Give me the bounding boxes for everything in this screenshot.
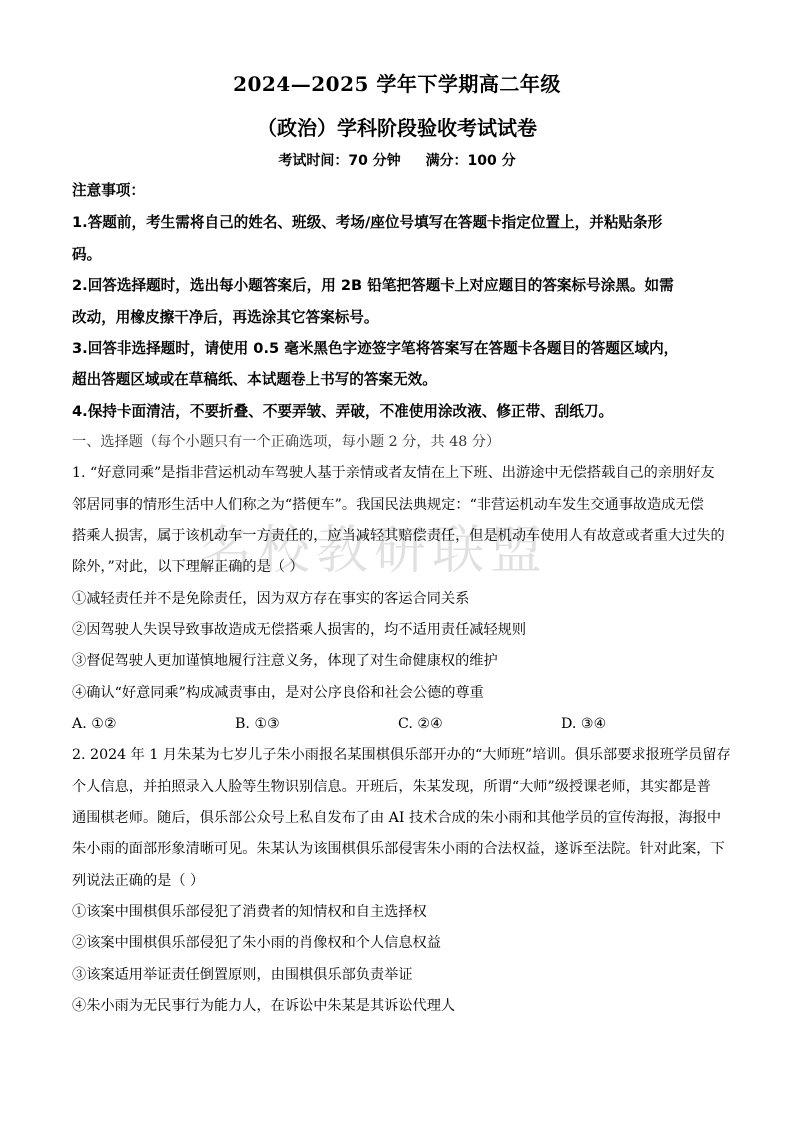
question-1-statement: ①减轻责任并不是免除责任，因为双方存在事实的客运合同关系 [72, 589, 732, 609]
exam-meta: 考试时间：70 分钟 满分：100 分 [0, 150, 794, 170]
question-2-stem: 通围棋老师。随后，俱乐部公众号上私自发布了由 AI 技术合成的朱小雨和其他学员的… [72, 808, 732, 828]
question-1-stem: 邻居同事的情形生活中人们称之为“搭便车”。我国民法典规定：“非营运机动车发生交通… [72, 495, 732, 515]
option-b: B. ①③ [235, 714, 398, 734]
question-1-stem: 1. “好意同乘”是指非营运机动车驾驶人基于亲情或者友情在上下班、出游途中无偿搭… [72, 463, 732, 483]
notice-line: 3.回答非选择题时，请使用 0.5 毫米黑色字迹签字笔将答案写在答题卡各题目的答… [72, 339, 732, 359]
question-2-stem: 列说法正确的是（ ） [72, 871, 732, 891]
notice-line: 码。 [72, 245, 732, 265]
notice-line: 改动，用橡皮擦干净后，再选涂其它答案标号。 [72, 308, 732, 328]
question-2-statement: ④朱小雨为无民事行为能力人，在诉讼中朱某是其诉讼代理人 [72, 996, 732, 1016]
question-1-statement: ③督促驾驶人更加谨慎地履行注意义务，体现了对生命健康权的维护 [72, 651, 732, 671]
question-2-stem: 朱小雨的面部形象清晰可见。朱某认为该围棋俱乐部侵害朱小雨的合法权益，遂诉至法院。… [72, 839, 732, 859]
option-a: A. ①② [72, 714, 235, 734]
notice-line: 4.保持卡面清洁，不要折叠、不要弄皱、弄破，不准使用涂改液、修正带、刮纸刀。 [72, 402, 732, 422]
exam-time: 考试时间：70 分钟 [278, 153, 400, 169]
question-2-stem: 2. 2024 年 1 月朱某为七岁儿子朱小雨报名某围棋俱乐部开办的“大师班”培… [72, 745, 732, 765]
exam-title-year: 2024—2025 学年下学期高二年级 [0, 68, 794, 97]
exam-title-subject: （政治）学科阶段验收考试试卷 [0, 112, 794, 141]
question-2-statement: ③该案适用举证责任倒置原则，由围棋俱乐部负责举证 [72, 965, 732, 985]
notice-line: 1.答题前，考生需将自己的姓名、班级、考场/座位号填写在答题卡指定位置上，并粘贴… [72, 213, 732, 233]
notice-line: 2.回答选择题时，选出每小题答案后，用 2B 铅笔把答题卡上对应题目的答案标号涂… [72, 276, 732, 296]
option-c: C. ②④ [398, 714, 561, 734]
option-d: D. ③④ [561, 714, 724, 734]
section-heading: 一、选择题（每个小题只有一个正确选项，每小题 2 分，共 48 分） [72, 432, 732, 452]
question-1-stem: 除外，”对此，以下理解正确的是（ ） [72, 557, 732, 577]
question-1-options: A. ①② B. ①③ C. ②④ D. ③④ [72, 714, 732, 734]
question-2-statement: ①该案中围棋俱乐部侵犯了消费者的知情权和自主选择权 [72, 902, 732, 922]
question-1-statement: ②因驾驶人失误导致事故造成无偿搭乘人损害的，均不适用责任减轻规则 [72, 620, 732, 640]
full-score: 满分：100 分 [426, 153, 516, 169]
notice-line: 超出答题区域或在草稿纸、本试题卷上书写的答案无效。 [72, 370, 732, 390]
question-2-stem: 个人信息，并拍照录入人脸等生物识别信息。开班后，朱某发现，所谓“大师”级授课老师… [72, 777, 732, 797]
question-2-statement: ②该案中围棋俱乐部侵犯了朱小雨的肖像权和个人信息权益 [72, 933, 732, 953]
question-1-stem: 搭乘人损害，属于该机动车一方责任的，应当减轻其赔偿责任，但是机动车使用人有故意或… [72, 526, 732, 546]
question-1-statement: ④确认“好意同乘”构成减责事由，是对公序良俗和社会公德的尊重 [72, 683, 732, 703]
exam-page: 2024—2025 学年下学期高二年级 （政治）学科阶段验收考试试卷 考试时间：… [0, 0, 794, 1123]
notice-heading: 注意事项： [72, 181, 732, 201]
